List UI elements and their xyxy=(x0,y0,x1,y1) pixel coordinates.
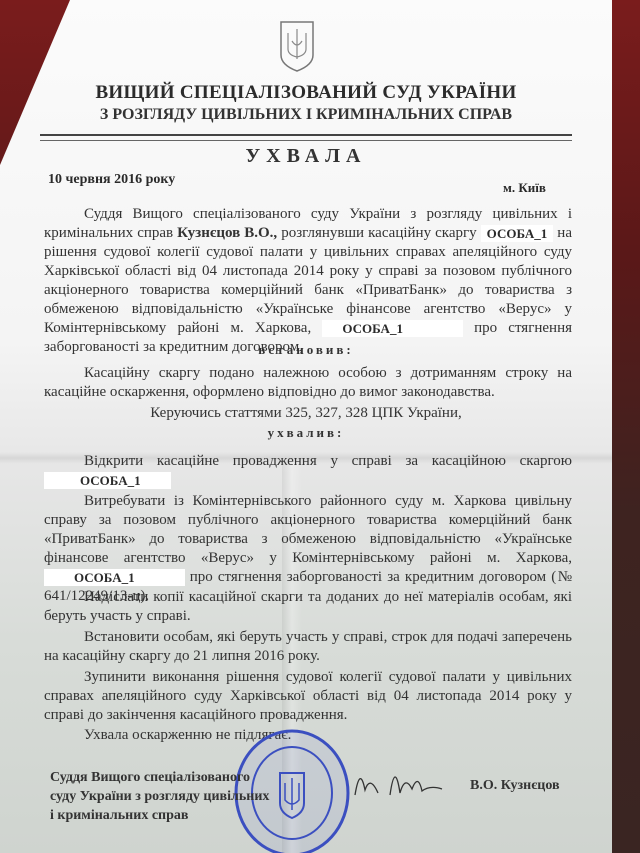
court-name-line1: ВИЩИЙ СПЕЦІАЛІЗОВАНИЙ СУД УКРАЇНИ xyxy=(0,82,612,104)
document-title: УХВАЛА xyxy=(0,145,612,168)
ruling-text: Витребувати із Комінтернівського районно… xyxy=(44,493,572,566)
guided-by-text: Керуючись статтями 325, 327, 328 ЦПК Укр… xyxy=(0,405,612,422)
redacted-name: ОСОБА_1 xyxy=(481,225,554,242)
trident-emblem-icon xyxy=(278,19,316,73)
signature-block-title: Суддя Вищого спеціалізованого суду Украї… xyxy=(50,768,269,825)
ruling-deadline: Встановити особам, які беруть участь у с… xyxy=(44,628,572,666)
judge-signature-name: В.О. Кузнєцов xyxy=(470,778,560,794)
ruling-text: Зупинити виконання рішення судової колег… xyxy=(44,669,572,723)
ruling-text: Відкрити касаційне провадження у справі … xyxy=(84,453,572,469)
court-name-line2: З РОЗГЛЯДУ ЦИВІЛЬНИХ І КРИМІНАЛЬНИХ СПРА… xyxy=(0,106,612,124)
established-text: Касаційну скаргу подано належною особою … xyxy=(44,365,572,400)
document-city: м. Київ xyxy=(503,180,546,196)
judge-name: Кузнєцов В.О., xyxy=(177,225,277,241)
ruling-send-copies: Надіслати копії касаційної скарги та дод… xyxy=(44,588,572,626)
ruling-text: Встановити особам, які беруть участь у с… xyxy=(44,629,572,664)
document-date: 10 червня 2016 року xyxy=(48,172,175,188)
redacted-name: ОСОБА_1 xyxy=(44,569,185,586)
ruling-suspend: Зупинити виконання рішення судової колег… xyxy=(44,668,572,725)
redacted-name: ОСОБА_1 xyxy=(322,320,463,337)
signature-line: суду України з розгляду цивільних xyxy=(50,787,269,806)
established-paragraph: Касаційну скаргу подано належною особою … xyxy=(44,364,572,402)
ruled-heading: ухвалив: xyxy=(0,425,612,441)
established-heading: встановив: xyxy=(0,342,612,358)
signature-line: і кримінальних справ xyxy=(50,806,269,825)
ruling-open: Відкрити касаційне провадження у справі … xyxy=(44,452,572,490)
ruling-text: Надіслати копії касаційної скарги та дод… xyxy=(44,589,572,624)
intro-text: розглянувши касаційну скаргу xyxy=(277,225,481,241)
redacted-name: ОСОБА_1 xyxy=(44,472,171,489)
intro-paragraph: Суддя Вищого спеціалізованого суду Украї… xyxy=(44,205,572,357)
header-divider xyxy=(40,134,572,141)
signature-line: Суддя Вищого спеціалізованого xyxy=(50,768,269,787)
handwritten-signature-icon xyxy=(350,755,450,805)
